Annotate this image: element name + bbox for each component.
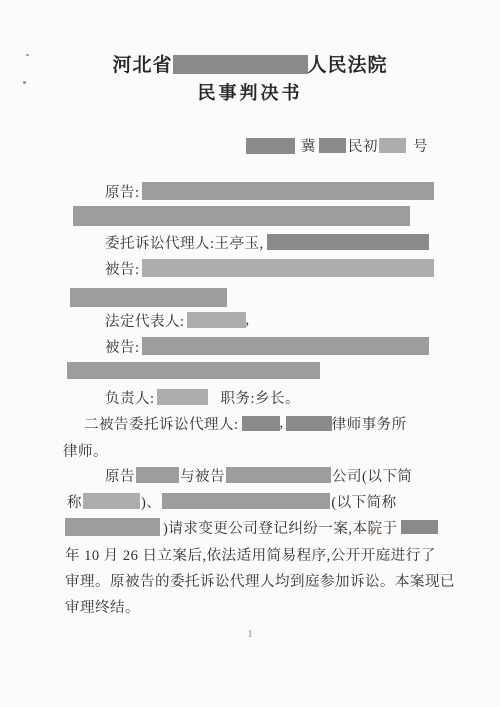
page-number: 1 bbox=[0, 628, 500, 640]
redaction-bar bbox=[70, 288, 227, 307]
summary-text: 年 10 月 26 日立案后,依法适用简易程序,公开开庭进行了 bbox=[65, 544, 436, 565]
redaction-bar bbox=[242, 416, 280, 431]
redaction-bar bbox=[142, 337, 429, 355]
redaction-bar bbox=[187, 312, 246, 328]
summary-text: 审理。原被告的委托诉讼代理人均到庭参加诉讼。本案现已 bbox=[65, 570, 455, 591]
document-type-title: 民事判决书 bbox=[0, 79, 500, 105]
redaction-bar bbox=[246, 138, 295, 154]
court-title-suffix: 人民法院 bbox=[308, 55, 388, 76]
head-label: 负责人: bbox=[105, 387, 155, 408]
two-def-agent-comma: , bbox=[280, 415, 284, 432]
summary-line-5: 审理。原被告的委托诉讼代理人均到庭参加诉讼。本案现已 bbox=[65, 570, 455, 590]
summary-line-6: 审理终结。 bbox=[65, 596, 140, 616]
defendant1-line: 被告: bbox=[105, 258, 434, 278]
summary-text: )、 bbox=[141, 491, 161, 512]
lawyer-word-line: 律师。 bbox=[63, 440, 108, 460]
summary-text: 审理终结。 bbox=[65, 596, 140, 617]
case-number-type: 民初 bbox=[348, 135, 378, 156]
plaintiff-agent-line: 委托诉讼代理人:王亭玉, bbox=[105, 232, 429, 252]
redaction-bar bbox=[267, 234, 429, 250]
redaction-bar bbox=[286, 416, 332, 431]
law-firm-suffix: 律师事务所 bbox=[332, 413, 407, 434]
plaintiff-agent-label: 委托诉讼代理人:王亭玉, bbox=[105, 232, 264, 253]
redaction-bar bbox=[142, 182, 434, 200]
redaction-bar bbox=[136, 467, 179, 483]
case-number-suffix: 号 bbox=[413, 135, 428, 156]
redaction-bar bbox=[401, 520, 438, 534]
redaction-bar bbox=[67, 362, 320, 379]
plaintiff-line: 原告: bbox=[105, 181, 434, 201]
summary-line-3: )请求变更公司登记纠纷一案,本院于 bbox=[65, 517, 438, 537]
redaction-bar bbox=[162, 493, 330, 509]
court-title-line: 河北省人民法院 bbox=[0, 50, 500, 77]
court-title-prefix: 河北省 bbox=[112, 55, 172, 76]
summary-text: 称 bbox=[67, 491, 82, 512]
lawyer-word: 律师。 bbox=[63, 440, 108, 461]
summary-text: )请求变更公司登记纠纷一案,本院于 bbox=[163, 517, 397, 538]
summary-line-1: 原告 与被告 公司(以下简 bbox=[105, 465, 412, 485]
defendant2-label: 被告: bbox=[105, 336, 140, 357]
two-def-agent-label: 二被告委托诉讼代理人: bbox=[84, 413, 239, 434]
redaction-bar bbox=[319, 138, 346, 153]
plaintiff-continuation-line bbox=[73, 206, 410, 226]
summary-text: 原告 bbox=[105, 465, 135, 486]
redaction-bar bbox=[157, 389, 208, 405]
case-number-province: 冀 bbox=[301, 135, 316, 156]
defendant2-continuation-line bbox=[67, 360, 320, 380]
summary-text: (以下简称 bbox=[331, 491, 396, 512]
redaction-bar bbox=[173, 55, 308, 74]
two-defendants-agent-line: 二被告委托诉讼代理人: , 律师事务所 bbox=[84, 413, 407, 433]
redaction-bar bbox=[226, 467, 331, 483]
legal-rep-label: 法定代表人: bbox=[105, 310, 185, 331]
plaintiff-label: 原告: bbox=[105, 181, 140, 202]
summary-text: 公司(以下简 bbox=[332, 465, 412, 486]
defendant2-line: 被告: bbox=[105, 336, 429, 356]
redaction-bar bbox=[142, 259, 434, 277]
summary-line-2: 称 )、 (以下简称 bbox=[67, 491, 397, 511]
legal-rep-tail: , bbox=[246, 312, 250, 329]
head-line: 负责人: 职务:乡长。 bbox=[105, 387, 300, 407]
legal-rep-line: 法定代表人: , bbox=[105, 310, 250, 330]
redaction-bar bbox=[73, 206, 410, 226]
judgment-document-page: 河北省人民法院 民事判决书 冀 民初 号 原告: 委托诉讼代理人:王亭玉, 被告… bbox=[0, 0, 500, 707]
case-number-line: 冀 民初 号 bbox=[246, 135, 428, 156]
defendant1-continuation-line bbox=[70, 287, 227, 307]
defendant1-label: 被告: bbox=[105, 258, 140, 279]
summary-text: 与被告 bbox=[180, 465, 225, 486]
head-duty: 职务:乡长。 bbox=[221, 387, 301, 408]
redaction-bar bbox=[65, 518, 160, 536]
redaction-bar bbox=[83, 493, 140, 509]
redaction-bar bbox=[379, 138, 406, 153]
summary-line-4: 年 10 月 26 日立案后,依法适用简易程序,公开开庭进行了 bbox=[65, 544, 436, 564]
